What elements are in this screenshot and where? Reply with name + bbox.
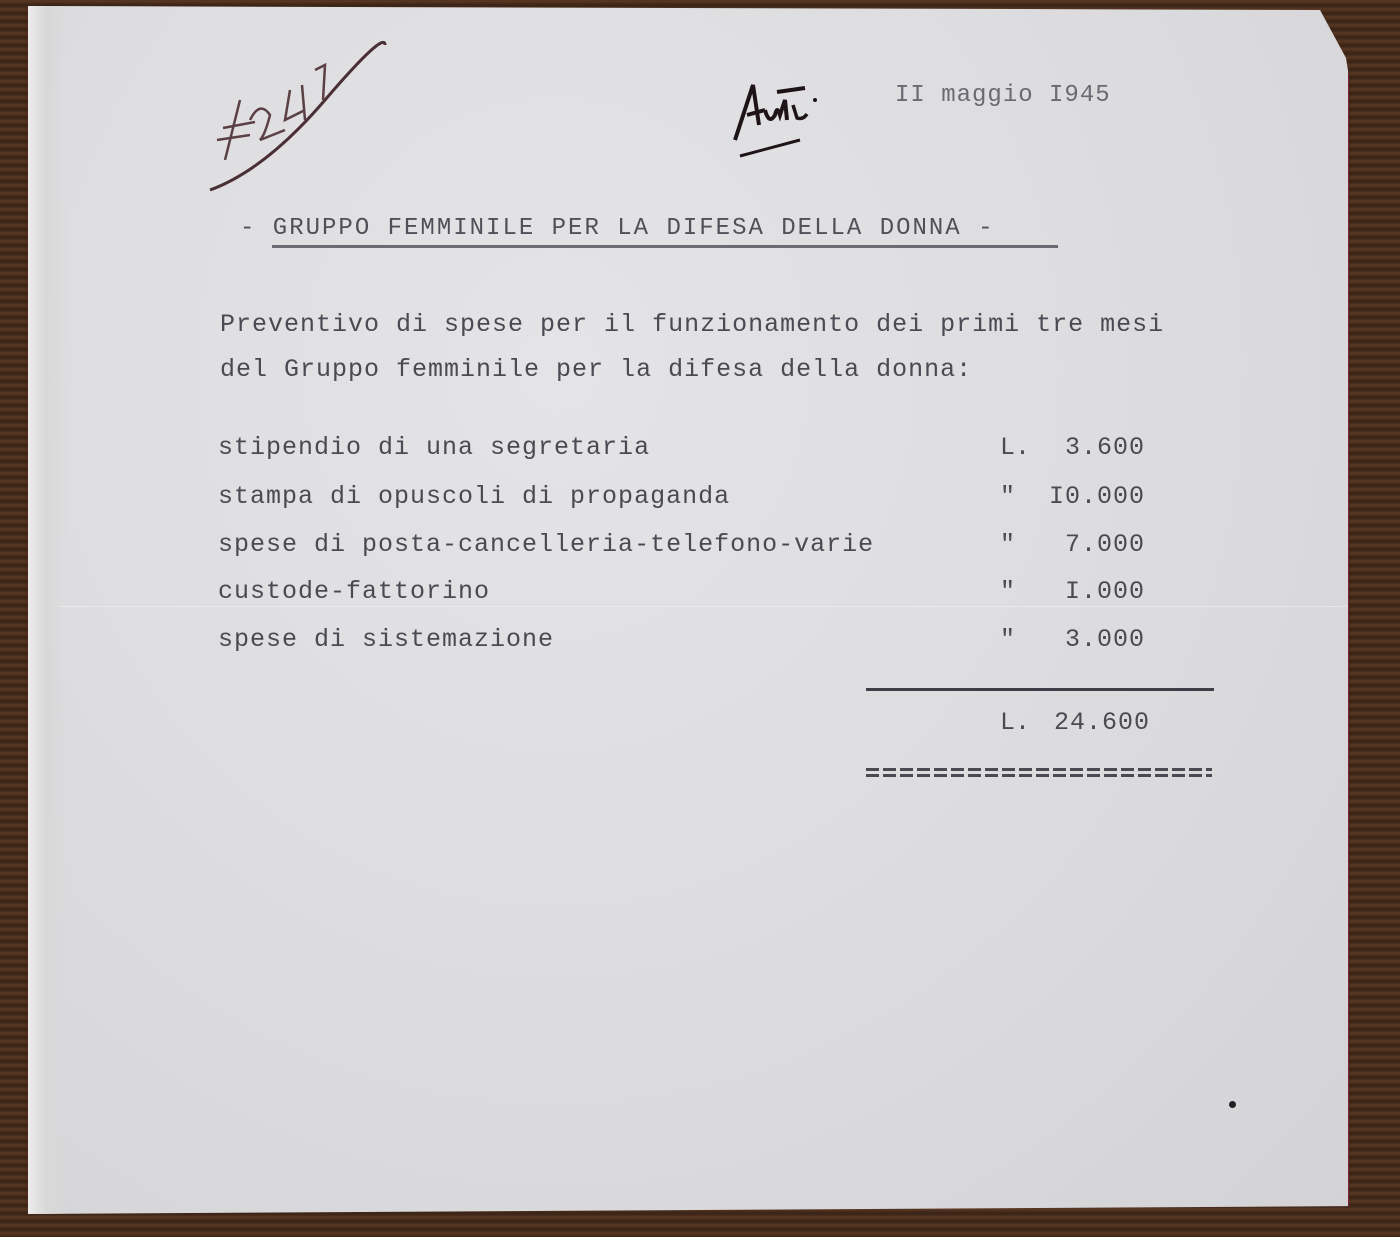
expense-label: stipendio di una segretaria <box>218 433 650 462</box>
expense-label: custode-fattorino <box>218 577 490 606</box>
title-underline <box>272 245 1058 248</box>
expense-row: spese di posta-cancelleria-telefono-vari… <box>215 530 1215 570</box>
expense-row: spese di sistemazione " 3.000 <box>215 625 1215 665</box>
expense-label: spese di posta-cancelleria-telefono-vari… <box>218 530 874 559</box>
total-amount: 24.600 <box>1054 708 1150 737</box>
expense-label: stampa di opuscoli di propaganda <box>218 482 730 511</box>
expense-amount: I.000 <box>1065 577 1145 606</box>
ink-spot <box>1229 1101 1236 1108</box>
expense-amount: I0.000 <box>1049 482 1145 511</box>
expense-currency: L. <box>1000 433 1030 462</box>
total-row: L. 24.600 <box>1000 708 1150 748</box>
sum-rule <box>866 688 1214 691</box>
double-underline-rule <box>866 768 1212 777</box>
handwritten-number-annotation: #241 <box>205 40 405 220</box>
expense-row: stipendio di una segretaria L. 3.600 <box>215 433 1215 473</box>
expense-amount: 3.600 <box>1065 433 1145 462</box>
expense-label: spese di sistemazione <box>218 625 554 654</box>
document-title: - GRUPPO FEMMINILE PER LA DIFESA DELLA D… <box>240 215 995 242</box>
handwritten-signature: Atti <box>725 70 835 160</box>
expense-amount: 3.000 <box>1065 625 1145 654</box>
total-currency: L. <box>1000 708 1030 737</box>
expense-amount: 7.000 <box>1065 530 1145 559</box>
expense-currency: " <box>1000 482 1015 511</box>
document-date: II maggio I945 <box>895 82 1111 109</box>
intro-line-2: del Gruppo femminile per la difesa della… <box>220 355 972 384</box>
expense-row: custode-fattorino " I.000 <box>215 577 1215 617</box>
expense-currency: " <box>1000 530 1015 559</box>
expense-row: stampa di opuscoli di propaganda " I0.00… <box>215 482 1215 522</box>
expense-currency: " <box>1000 577 1015 606</box>
intro-line-1: Preventivo di spese per il funzionamento… <box>220 310 1164 339</box>
expense-currency: " <box>1000 625 1015 654</box>
